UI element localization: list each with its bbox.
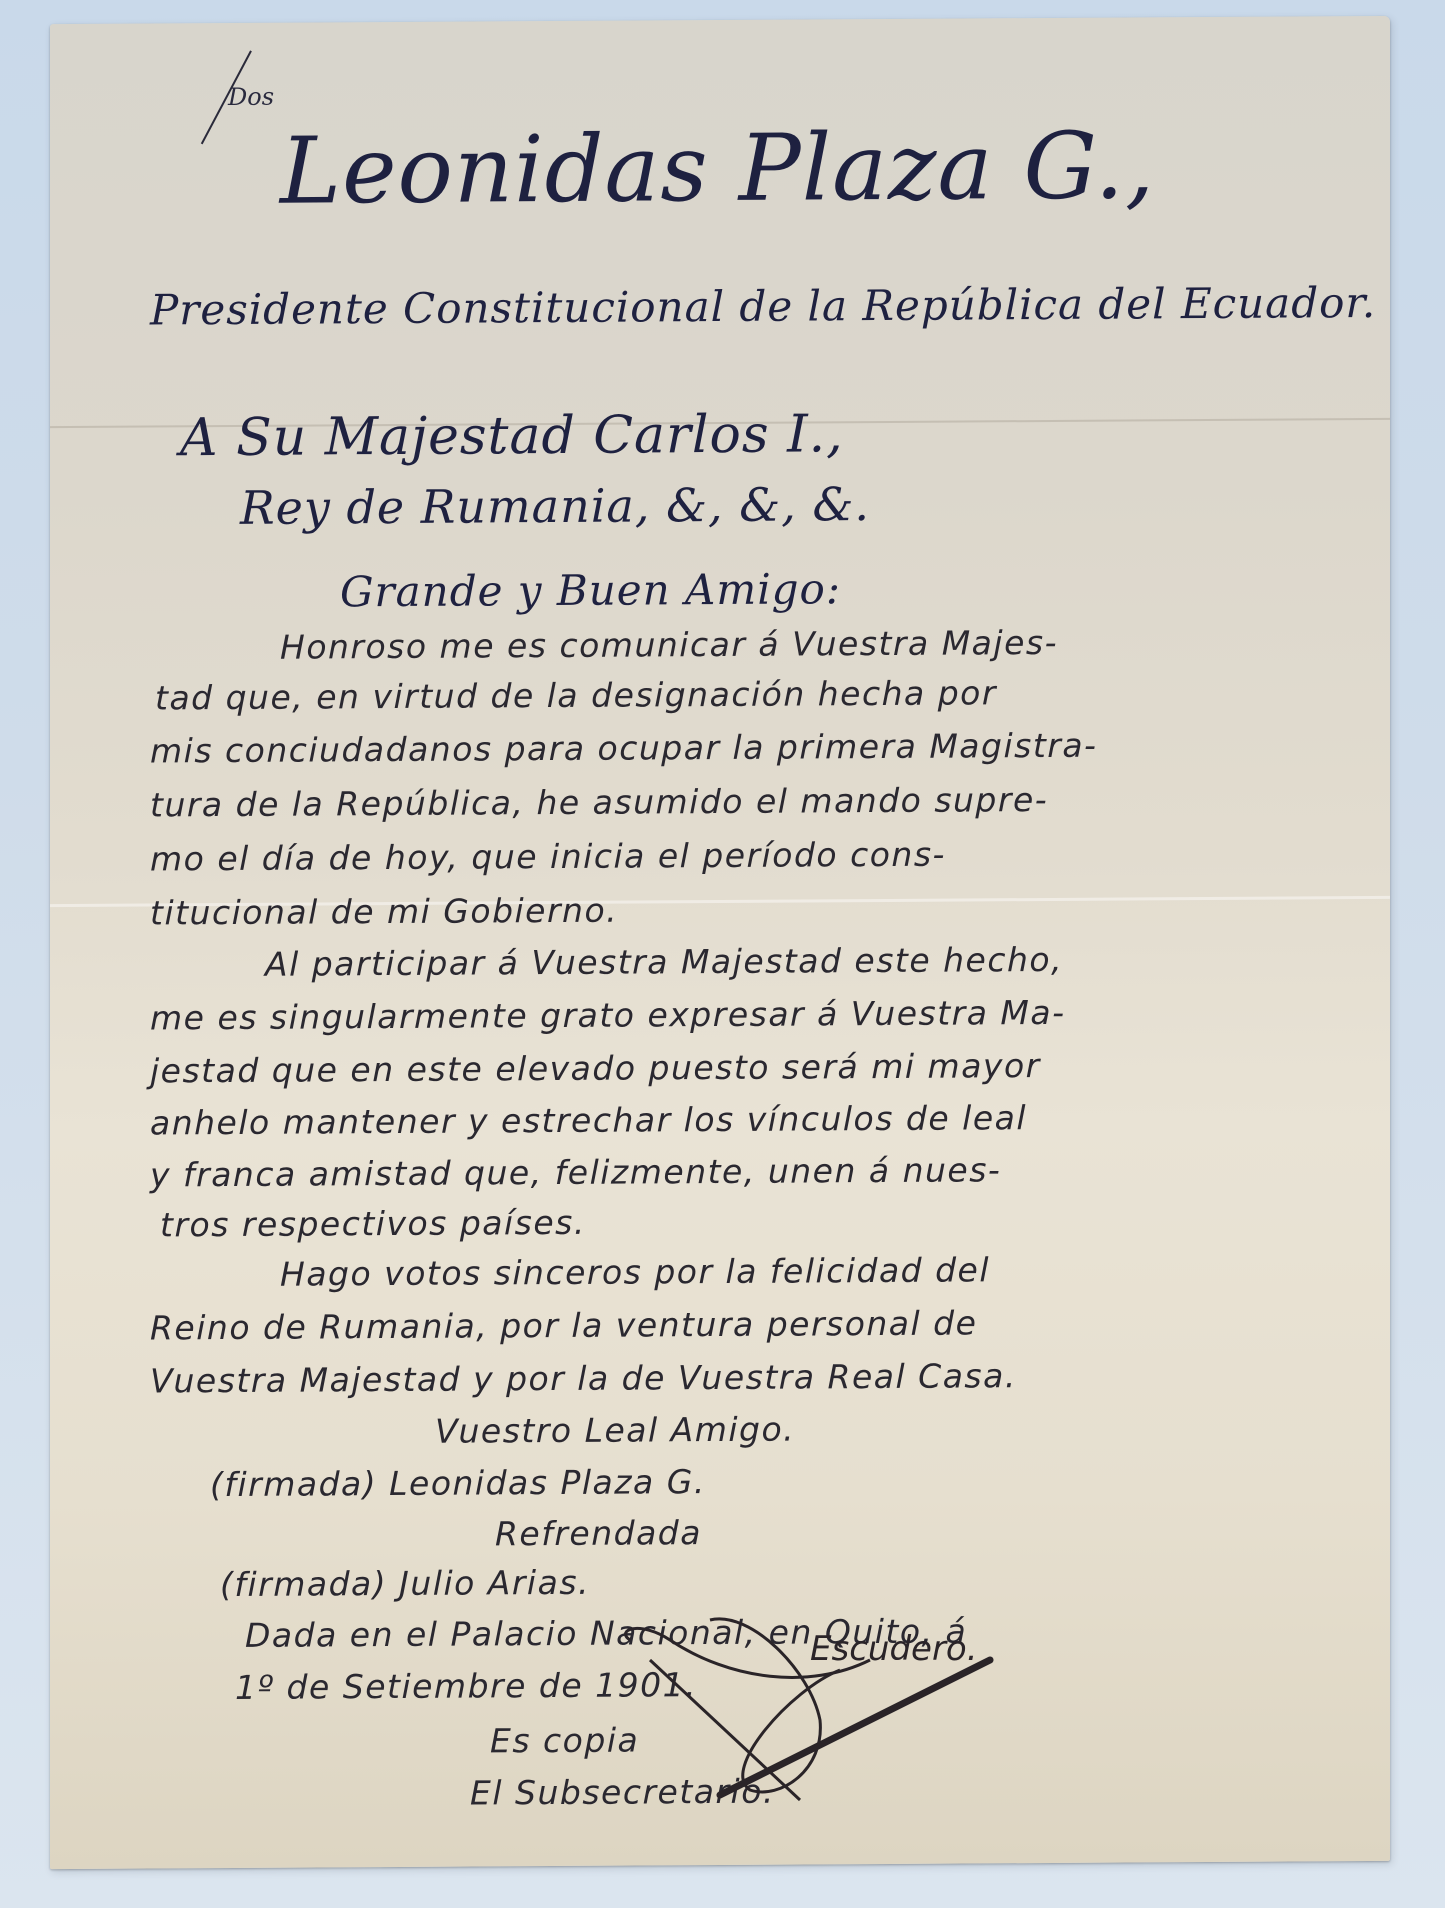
body-line: Vuestra Majestad y por la de Vuestra Rea… (150, 1356, 1017, 1400)
body-line: tura de la República, he asumido el mand… (150, 780, 1048, 824)
sender-title: Presidente Constitucional de la Repúblic… (150, 278, 1376, 334)
signature-name: Escudero. (810, 1629, 978, 1669)
signature-president: (firmada) Leonidas Plaza G. (210, 1462, 706, 1504)
body-line: y franca amistad que, felizmente, unen á… (150, 1150, 1001, 1194)
body-line: tad que, en virtud de la designación hec… (155, 673, 997, 717)
body-line: Reino de Rumania, por la ventura persona… (150, 1303, 977, 1347)
body-line: anhelo mantener y estrechar los vínculos… (150, 1098, 1027, 1142)
addressee-line-2: Rey de Rumania, &, &, &. (240, 477, 870, 535)
handwritten-signature: Escudero. (610, 1600, 1030, 1810)
body-line: mis conciudadanos para ocupar la primera… (150, 726, 1097, 771)
signature-minister: (firmada) Julio Arias. (220, 1563, 590, 1604)
countersign-label: Refrendada (495, 1513, 702, 1553)
body-line: Honroso me es comunicar á Vuestra Majes- (280, 623, 1058, 667)
body-line: me es singularmente grato expresar á Vue… (150, 993, 1066, 1038)
body-line: Al participar á Vuestra Majestad este he… (265, 940, 1063, 984)
letter-sheet: Dos Leonidas Plaza G., Presidente Consti… (50, 16, 1390, 1869)
sender-name: Leonidas Plaza G., (280, 112, 1155, 224)
addressee-line-1: A Su Majestad Carlos I., (180, 404, 844, 468)
body-line: Hago votos sinceros por la felicidad del (280, 1250, 990, 1293)
body-line: jestad que en este elevado puesto será m… (150, 1046, 1041, 1090)
marginal-mark: Dos (228, 83, 274, 111)
body-line: titucional de mi Gobierno. (150, 891, 618, 933)
body-line: mo el día de hoy, que inicia el período … (150, 835, 946, 879)
closing: Vuestro Leal Amigo. (435, 1410, 795, 1451)
salutation: Grande y Buen Amigo: (340, 564, 841, 616)
body-line: tros respectivos países. (160, 1203, 586, 1245)
